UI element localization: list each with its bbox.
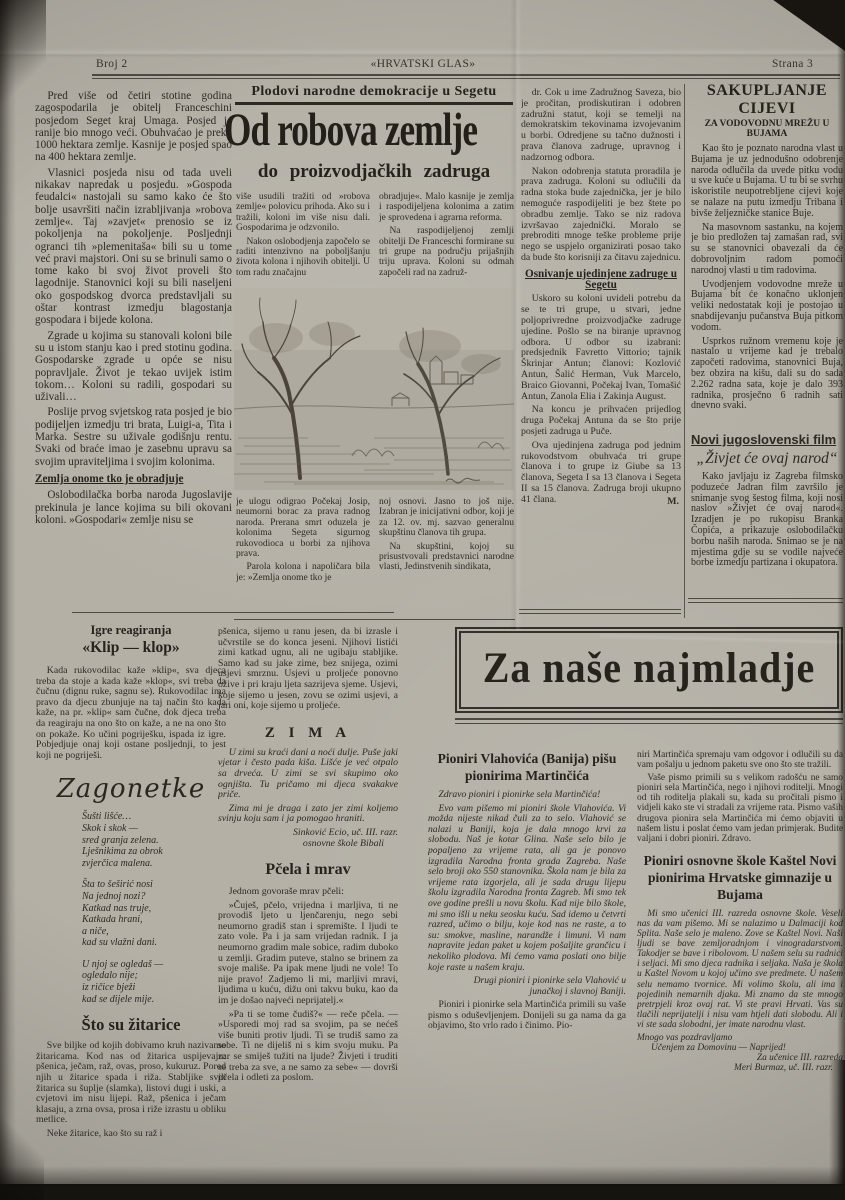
paragraph: dr. Čok u ime Zadružnog Saveza, bio je p… bbox=[521, 88, 681, 164]
pioniri-vlahovic-head: Pioniri Vlahovića (Banija) pišu pionirim… bbox=[428, 750, 626, 784]
paragraph: Zgrade u kojima su stanovali koloni bile… bbox=[35, 330, 232, 404]
paragraph: Zdravo pioniri i pionirke sela Martinčić… bbox=[428, 790, 626, 801]
riddle-line: Lješnikima za obrok bbox=[82, 846, 226, 858]
divider-rule bbox=[688, 598, 843, 599]
divider-rule bbox=[455, 723, 843, 724]
riddle-line: U njoj se ogledaš — bbox=[82, 959, 226, 971]
pioniri-kastel-head: Pioniri osnovne škole Kaštel Novi pionir… bbox=[637, 852, 843, 903]
paragraph: U zimi su kraći dani a noći dulje. Puše … bbox=[218, 748, 398, 801]
riddle-line: a niče, bbox=[82, 926, 226, 938]
paragraph: noj osnovi. Jasno to još nije. Izabran j… bbox=[379, 497, 514, 539]
paragraph: je ulogu odigrao Počekaj Josip, neumorni… bbox=[236, 497, 370, 559]
riddle-line: Katkada hrani, bbox=[82, 914, 226, 926]
zima-pcela-column: pšenica, sijemo u ranu jesen, da bi izra… bbox=[218, 627, 398, 1187]
paragraph: Nakon oslobodjenja započelo se raditi in… bbox=[236, 237, 370, 279]
riddle-line: sred granja zelena. bbox=[82, 835, 226, 847]
paragraph: Mi smo učenici III. razreda osnovne škol… bbox=[637, 909, 843, 1030]
riddle-1: Šušti lišće… Skok i skok — sred granja z… bbox=[82, 811, 226, 869]
igre-head1: Igre reagiranja bbox=[36, 623, 226, 638]
paragraph: Ova ujedinjena zadruga pod jednim rukovo… bbox=[521, 441, 681, 506]
article-film-column: Novi jugoslovenski film „Živjet će ovaj … bbox=[691, 432, 843, 594]
seget-mid-right-column: obradjuje«. Malo kasnije je zemlja i ras… bbox=[379, 192, 514, 286]
divider-rule bbox=[688, 602, 843, 603]
paragraph: Vaše pismo primili su s velikom radošću … bbox=[637, 773, 843, 844]
paragraph: Uskoro su koloni uvideli potrebu da se t… bbox=[521, 294, 681, 402]
igre-zagonetke-column: Igre reagiranja «Klip — klop» Kada rukov… bbox=[36, 620, 226, 1186]
riddle-line: Skok i skok — bbox=[82, 823, 226, 835]
headline-text: Od robova zemlje bbox=[224, 102, 477, 157]
scan-corner-top-right bbox=[753, 0, 845, 58]
divider-rule bbox=[72, 612, 394, 613]
paragraph: pšenica, sijemo u ranu jesen, da bi izra… bbox=[218, 627, 398, 712]
letter-motto: Učenjem za Domovinu — Naprijed! bbox=[637, 1043, 843, 1053]
editorial-note-cont: niri Martinčića spremaju vam odgovor i o… bbox=[637, 750, 843, 770]
article-subheadline: do proizvodjačkih zadruga bbox=[235, 161, 513, 183]
riddle-line: iz ričice bježi bbox=[82, 982, 226, 994]
cijevi-subtitle: ZA VODOVODNU MREŽU U BUJAMA bbox=[691, 119, 843, 139]
paragraph: »Pa ti se tome čudiš?« — reče pčela. — »… bbox=[218, 1010, 398, 1084]
paragraph: Kada rukovodilac kaže »klip«, sva djeca … bbox=[36, 666, 226, 761]
divider-rule bbox=[519, 613, 681, 614]
paragraph: Neke žitarice, kao što su raž i bbox=[36, 1129, 226, 1140]
paragraph: obradjuje«. Malo kasnije je zemlja i ras… bbox=[379, 192, 514, 223]
divider-rule bbox=[455, 718, 843, 720]
paragraph: »Čuješ, pčelo, vrijedna i marljiva, ti n… bbox=[218, 901, 398, 1007]
paragraph: Pred više od četiri stotine godina zagos… bbox=[35, 90, 232, 164]
newspaper-title: «HRVATSKI GLAS» bbox=[298, 58, 548, 70]
paragraph: Sve biljke od kojih dobivamo kruh naziva… bbox=[36, 1041, 226, 1126]
najmladje-banner-text: Za naše najmladje bbox=[483, 630, 816, 706]
paragraph: Nakon odobrenja statuta proradila je pra… bbox=[521, 167, 681, 264]
igre-head2: «Klip — klop» bbox=[36, 639, 226, 657]
riddle-line: Katkad nas truje, bbox=[82, 903, 226, 915]
paragraph: Vlasnici posjeda nisu od tada uveli nika… bbox=[35, 167, 232, 327]
paragraph: Usprkos ružnom vremenu koje je nastalo u… bbox=[691, 337, 843, 413]
zitarice-title: Što su žitarice bbox=[36, 1015, 226, 1035]
riddle-line: Na jednoj nozi? bbox=[82, 891, 226, 903]
riddle-line: kad se dijele mije. bbox=[82, 994, 226, 1006]
divider-rule bbox=[234, 619, 515, 620]
subhead-osnivanje-zadruge: Osnivanje ujedinjene zadruge u Segetu bbox=[521, 269, 681, 291]
column-rule bbox=[684, 84, 685, 618]
seget-mid-left-column: više usudili tražiti od »robova zemlje« … bbox=[236, 192, 370, 286]
paragraph: Poslije prvog svjetskog rata posjed je b… bbox=[35, 406, 232, 467]
film-title: „Živjet će ovaj narod“ bbox=[691, 450, 843, 468]
paragraph: Evo vam pišemo mi pioniri škole Vlahović… bbox=[428, 804, 626, 974]
seget-below-left-column: je ulogu odigrao Počekaj Josip, neumorni… bbox=[236, 497, 370, 614]
letter-class: Za učenice III. razreda bbox=[637, 1053, 843, 1063]
divider-rule bbox=[519, 609, 681, 610]
landscape-etching bbox=[234, 288, 514, 490]
paragraph: više usudili tražiti od »robova zemlje« … bbox=[236, 192, 370, 234]
paragraph: Jednom govoraše mrav pčeli: bbox=[218, 887, 398, 898]
film-head: Novi jugoslovenski film bbox=[691, 432, 843, 447]
article-cijevi-column: SAKUPLJANJE CIJEVI ZA VODOVODNU MREŽU U … bbox=[691, 82, 843, 428]
paragraph: Uvodjenjem vodovodne mreže u Bujama bit … bbox=[691, 280, 843, 334]
paragraph: Oslobodilačka borba naroda Jugoslavije p… bbox=[35, 489, 232, 526]
editorial-note: Pioniri i pionirke sela Martinčića primi… bbox=[428, 1000, 626, 1032]
paragraph: Zima mi je draga i zato jer zimi koljemo… bbox=[218, 804, 398, 825]
masthead-rule-thin bbox=[92, 78, 840, 79]
page-number: Strana 3 bbox=[772, 58, 813, 70]
paragraph: Parola kolona i napoličara bila je: »Zem… bbox=[236, 562, 370, 583]
pioniri-kastel-column: niri Martinčića spremaju vam odgovor i o… bbox=[637, 750, 843, 1200]
pioniri-vlahovic-column: Pioniri Vlahovića (Banija) pišu pionirim… bbox=[428, 750, 626, 1198]
paragraph: Na skupštini, kojoj su prisustvovali pre… bbox=[379, 542, 514, 573]
riddle-line: ogledalo nije; bbox=[82, 970, 226, 982]
article-seget-col4: dr. Čok u ime Zadružnog Saveza, bio je p… bbox=[521, 88, 681, 604]
zima-title: Z I M A bbox=[218, 725, 398, 742]
pcela-title: Pčela i mrav bbox=[218, 861, 398, 879]
letter-author: Meri Burmaz, uč. III. razr. bbox=[637, 1063, 843, 1073]
riddle-line: Šušti lišće… bbox=[82, 811, 226, 823]
paragraph: Kao što je poznato narodna vlast u Bujam… bbox=[691, 144, 843, 220]
article-headline: Od robova zemlje bbox=[224, 102, 524, 149]
paper-crease-horizontal bbox=[0, 48, 845, 58]
issue-number: Broj 2 bbox=[96, 58, 127, 70]
riddle-3: U njoj se ogledaš — ogledalo nije; iz ri… bbox=[82, 959, 226, 1005]
newspaper-page: Broj 2 «HRVATSKI GLAS» Strana 3 Pred viš… bbox=[0, 0, 845, 1200]
riddle-line: Šta to šeširić nosi bbox=[82, 879, 226, 891]
masthead-rule bbox=[92, 74, 840, 76]
zima-signature: Sinković Ecio, uč. III. razr. bbox=[218, 828, 398, 839]
letter-signature: Drugi pioniri i pionirke sela Vlahović u… bbox=[428, 976, 626, 997]
paragraph: Na koncu je prihvaćen prijedlog druga Po… bbox=[521, 405, 681, 437]
scan-edge-left bbox=[0, 0, 16, 1200]
paragraph: Na masovnom sastanku, na kojem je bio pr… bbox=[691, 223, 843, 277]
najmladje-banner: Za naše najmladje bbox=[455, 627, 843, 713]
paragraph: Kako javljaju iz Zagreba filmsko poduzeć… bbox=[691, 472, 843, 569]
riddle-line: kad su vlažni dani. bbox=[82, 937, 226, 949]
article-seget-intro-column: Pred više od četiri stotine godina zagos… bbox=[35, 90, 232, 616]
subhead-zemlja-onome: Zemlja onome tko je obradjuje bbox=[35, 473, 232, 485]
cijevi-title: SAKUPLJANJE CIJEVI bbox=[691, 82, 843, 118]
riddle-2: Šta to šeširić nosi Na jednoj nozi? Katk… bbox=[82, 879, 226, 949]
seget-below-right-column: noj osnovi. Jasno to još nije. Izabran j… bbox=[379, 497, 514, 614]
zima-signature-school: osnovne škole Bibali bbox=[218, 839, 398, 850]
riddle-line: zvjerčica malena. bbox=[82, 858, 226, 870]
paragraph: Na raspodijeljenoj zemlji obitelji De Fr… bbox=[379, 226, 514, 278]
letter-closing: Mnogo vas pozdravljamo bbox=[637, 1033, 843, 1043]
zagonetke-title: Zagonetke bbox=[36, 774, 226, 804]
